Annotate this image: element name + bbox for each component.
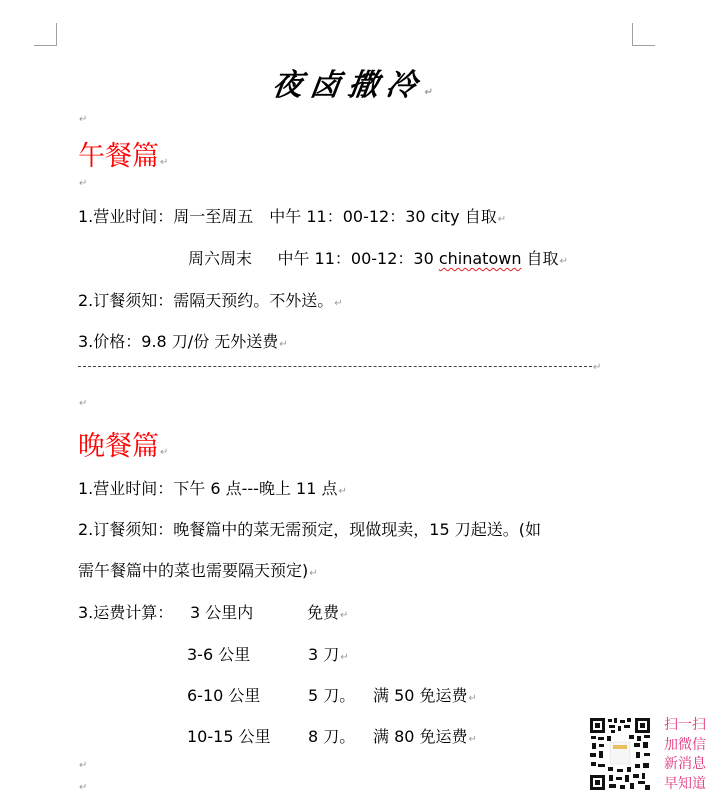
qr-code-icon <box>589 717 651 791</box>
qr-promo-text: 扫一扫 加微信 新消息 早知道 <box>664 716 712 794</box>
qr-promo-line: 新消息 <box>664 755 712 775</box>
paragraph-mark: ↵ <box>79 760 87 771</box>
qr-promo-line: 早知道 <box>664 775 712 795</box>
shipping-distance-3: 10-15 公里 <box>187 724 271 747</box>
shipping-distance-0: 3 公里内 <box>190 600 253 623</box>
dinner-heading: 晚餐篇↵ <box>78 424 168 463</box>
dinner-notice-line1: 2.订餐须知：晚餐篇中的菜无需预定，现做现卖，15 刀起送。(如 <box>78 517 541 540</box>
lunch-price: 3.价格：9.8 刀/份 无外送费↵ <box>78 329 288 352</box>
paragraph-mark: ↵ <box>593 362 601 373</box>
spellcheck-underlined-word: chinatown <box>439 249 522 268</box>
shipping-fee-0: 免费↵ <box>307 600 348 623</box>
qr-code-image <box>589 717 651 791</box>
paragraph-mark: ↵ <box>79 114 87 125</box>
shipping-note-3: 满 80 免运费↵ <box>373 724 477 747</box>
lunch-hours-weekend: 周六周末 中午 11：00-12：30 chinatown 自取↵ <box>188 246 568 269</box>
page-corner-mark-top-right <box>632 23 655 46</box>
shipping-distance-2: 6-10 公里 <box>187 683 260 706</box>
shipping-distance-1: 3-6 公里 <box>187 642 250 665</box>
paragraph-mark: ↵ <box>79 782 87 793</box>
qr-promo-line: 扫一扫 <box>664 716 712 736</box>
section-separator <box>78 366 592 367</box>
lunch-notice: 2.订餐须知：需隔天预约。不外送。↵ <box>78 288 343 311</box>
shipping-fee-3: 8 刀。 <box>308 724 355 747</box>
document-title: 夜卤撒冷↵ <box>0 60 715 104</box>
shipping-fee-2: 5 刀。 <box>308 683 355 706</box>
dinner-hours: 1.营业时间：下午 6 点---晚上 11 点↵ <box>78 476 347 499</box>
shipping-fee-1: 3 刀↵ <box>308 642 349 665</box>
qr-promo-line: 加微信 <box>664 736 712 756</box>
dinner-notice-line2: 需午餐篇中的菜也需要隔天预定)↵ <box>78 558 318 581</box>
lunch-heading: 午餐篇↵ <box>78 134 168 173</box>
paragraph-mark: ↵ <box>79 178 87 189</box>
shipping-label: 3.运费计算： <box>78 600 173 623</box>
shipping-note-2: 满 50 免运费↵ <box>373 683 477 706</box>
page-corner-mark-top-left <box>34 23 57 46</box>
paragraph-mark: ↵ <box>79 398 87 409</box>
lunch-hours-weekday: 1.营业时间：周一至周五 中午 11：00-12：30 city 自取↵ <box>78 204 506 227</box>
